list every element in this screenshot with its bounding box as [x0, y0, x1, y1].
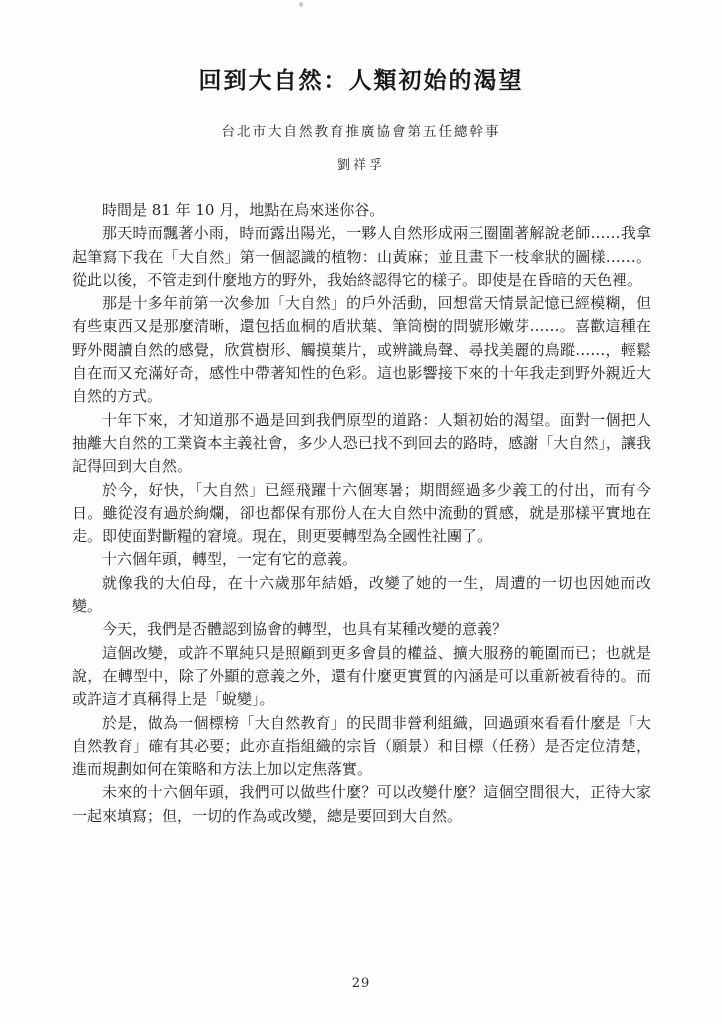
paragraph: 那天時而飄著小雨，時而露出陽光，一夥人自然形成兩三圈圍著解說老師……我拿起筆寫下…	[72, 222, 651, 292]
author-name: 劉祥孚	[0, 154, 722, 173]
document-subtitle: 台北市大自然教育推廣協會第五任總幹事	[0, 120, 722, 140]
paragraph: 今天，我們是否體認到協會的轉型，也具有某種改變的意義？	[72, 618, 651, 641]
scan-artifact	[299, 2, 303, 7]
paragraph: 就像我的大伯母，在十六歲那年結婚，改變了她的一生，周遭的一切也因她而改變。	[72, 572, 651, 619]
paragraph: 那是十多年前第一次參加「大自然」的戶外活動，回想當天情景記憶已經模糊，但有些東西…	[72, 292, 651, 408]
paragraph: 十年下來，才知道那不過是回到我們原型的道路：人類初始的渴望。面對一個把人抽離大自…	[72, 409, 651, 479]
paragraph: 時間是 81 年 10 月，地點在烏來迷你谷。	[72, 199, 651, 222]
document-page: 回到大自然：人類初始的渴望 台北市大自然教育推廣協會第五任總幹事 劉祥孚 時間是…	[0, 0, 722, 1024]
paragraph: 於是，做為一個標榜「大自然教育」的民間非營利組織，回過頭來看看什麼是「大自然教育…	[72, 712, 651, 782]
article-body: 時間是 81 年 10 月，地點在烏來迷你谷。那天時而飄著小雨，時而露出陽光，一…	[72, 199, 651, 828]
page-number: 29	[0, 976, 722, 991]
paragraph: 未來的十六個年頭，我們可以做些什麼？可以改變什麼？這個空間很大，正待大家一起來填…	[72, 781, 651, 828]
paragraph: 這個改變，或許不單純只是照顧到更多會員的權益、擴大服務的範圍而已；也就是說，在轉…	[72, 642, 651, 712]
page-title: 回到大自然：人類初始的渴望	[0, 0, 722, 95]
paragraph: 於今，好快，「大自然」已經飛躍十六個寒暑；期間經過多少義工的付出，而有今日。雖從…	[72, 479, 651, 549]
paragraph: 十六個年頭，轉型，一定有它的意義。	[72, 548, 651, 571]
